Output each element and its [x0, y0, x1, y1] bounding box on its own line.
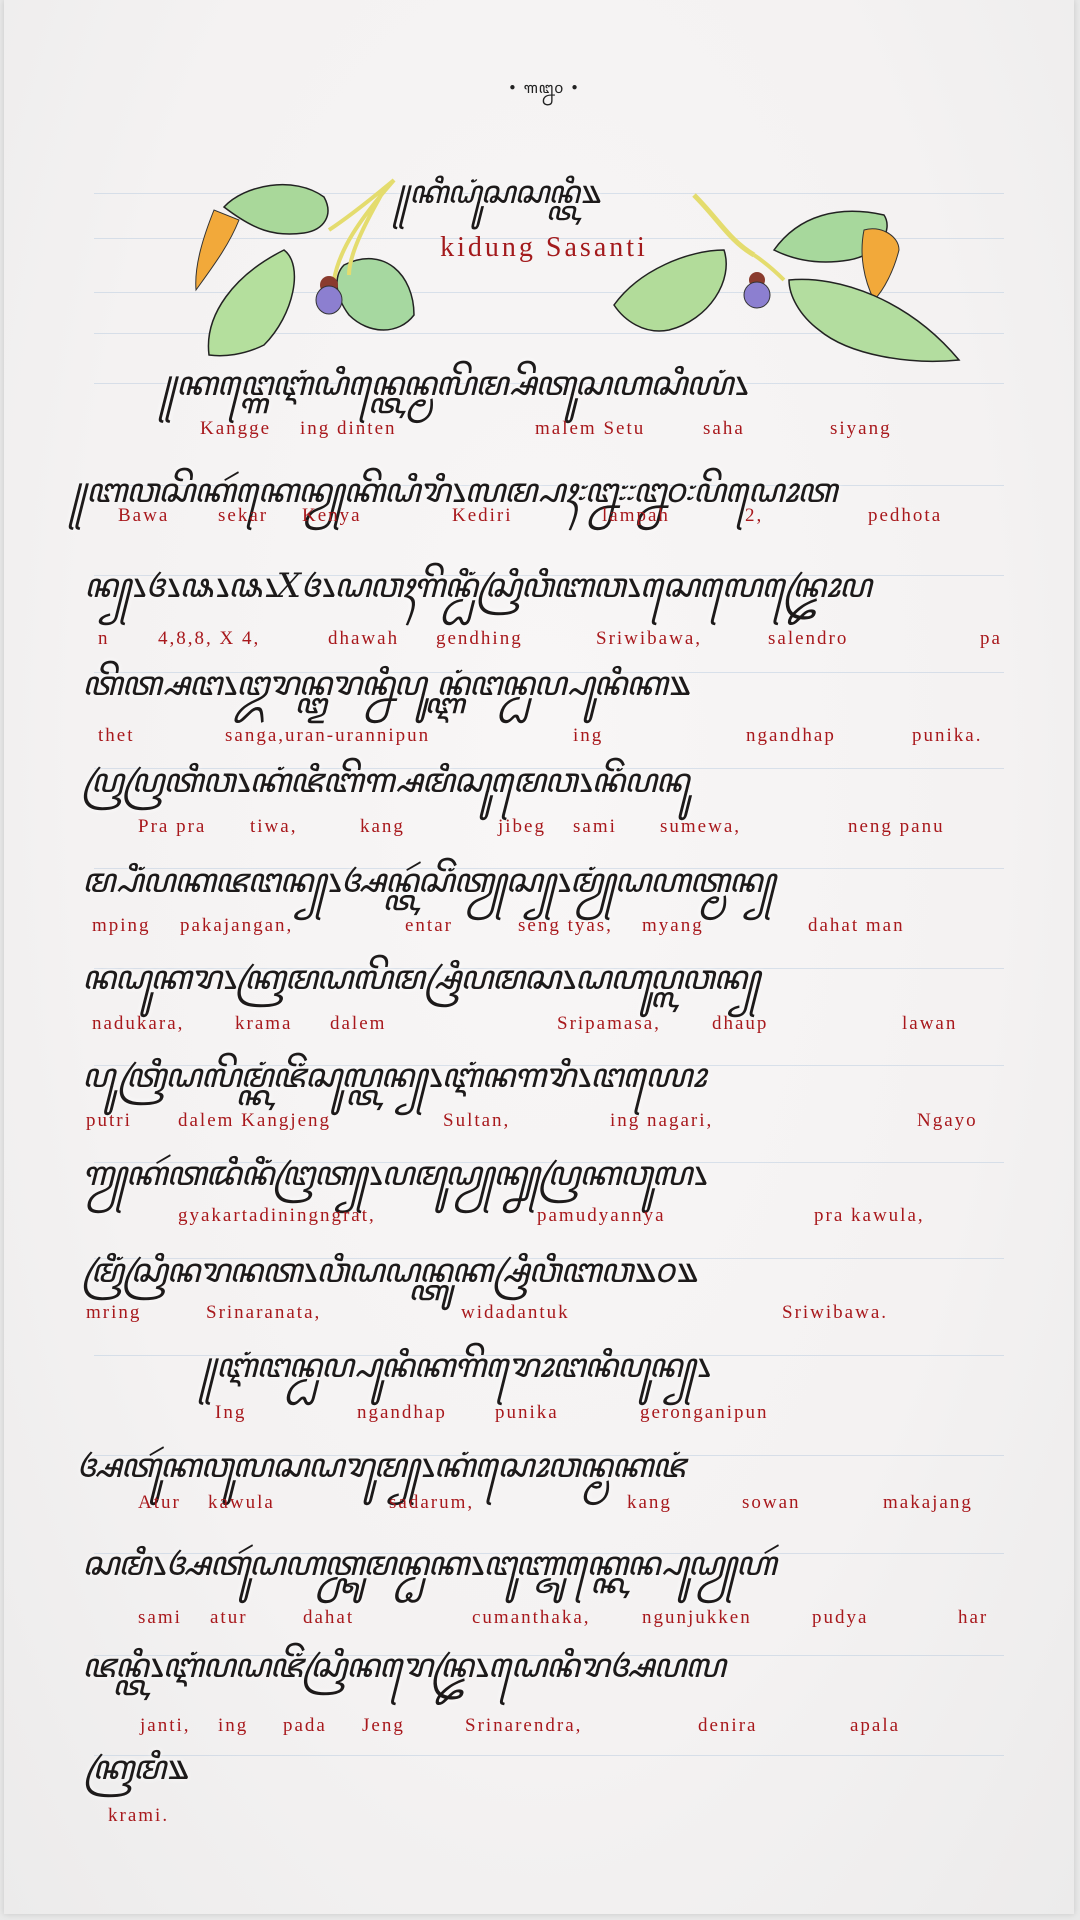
translit-word: sami [138, 1607, 182, 1629]
translit-word: myang [642, 915, 704, 937]
translit-word: krami. [108, 1805, 169, 1827]
translit-word: ing dinten [300, 418, 397, 440]
translit-word: jibeg [498, 816, 546, 838]
translit-word: siyang [830, 418, 892, 440]
translit-word: punika. [912, 725, 982, 747]
translit-word: malem Setu [535, 418, 645, 440]
javanese-line: ꦤꦝꦸꦏꦫ꧈ꦏꦿꦩꦝꦭꦼꦩ꧀ꦱꦿꦶꦥꦩꦱ꧈ꦝꦲꦸꦥ꧀ꦭꦮꦤ꧀ [82, 952, 759, 1021]
translit-word: salendro [768, 628, 848, 650]
translit-word: dhawah [328, 628, 399, 650]
translit-word: kang [360, 816, 405, 838]
translit-word: kawula [208, 1492, 275, 1514]
translit-word: n [98, 628, 110, 650]
translit-word: ing [573, 725, 603, 747]
javanese-line: ꦠꦼꦠ꧀ꦱꦔ꧈ꦈꦫꦤ꧀ꦈꦫꦤ꧀ꦤꦶꦥꦸꦤ꧀ꦆꦁꦔꦤ꧀ꦝꦥ꧀ꦥꦸꦤꦶꦏ꧉ [82, 658, 689, 727]
translit-word: entar [405, 915, 453, 937]
translit-word: pudya [812, 1607, 868, 1629]
javanese-line: ꦤ꧀꧈꧔꧈꧘꧈꧘꧈X꧔꧈ꦝꦮꦃꦒꦼꦤ꧀ꦝꦶꦁꦱꦿꦶꦮꦶꦧꦮ꧈ꦱꦺꦭꦺꦤ꧀ꦢꦿꦺꦴ… [84, 560, 871, 629]
translit-word: tiwa, [250, 816, 297, 838]
translit-word: sanga,uran-urannipun [225, 725, 430, 747]
translit-word: Kangge [200, 418, 271, 440]
javanese-line: ꦱꦩꦶ꧈ꦄꦠꦸꦂꦝꦲꦠ꧀ꦕꦸꦩꦤ꧀ꦛꦏ꧈ꦔꦸꦚ꧀ꦗꦸꦏ꧀ꦏꦺꦤ꧀ꦥꦸꦝꦾꦲꦂ [82, 1538, 775, 1607]
translit-word: Sriwibawa, [596, 628, 702, 650]
page-number: • ꧑꧒꧐ • [474, 76, 614, 107]
translit-word: cumanthaka, [472, 1607, 591, 1629]
javanese-line: ꧋ꦏꦔ꧀ꦒꦺꦆꦁꦝꦶꦤ꧀ꦠꦺꦤ꧀ꦩꦭꦼꦩ꧀ꦱꦼꦠꦸꦱꦲꦱꦶꦪꦁ꧈ [162, 358, 747, 427]
javanese-line: ꦏꦿꦩꦶ꧉ [84, 1742, 187, 1811]
translit-word: dahat [303, 1607, 354, 1629]
translit-word: sowan [742, 1492, 801, 1514]
translit-word: ing nagari, [610, 1110, 713, 1132]
translit-word: lawan [902, 1013, 957, 1035]
translit-word: sumewa, [660, 816, 741, 838]
translit-word: kang [627, 1492, 672, 1514]
translit-word: Sriwibawa. [782, 1302, 888, 1324]
javanese-line: ꦥꦿꦥꦿꦠꦶꦮ꧈ꦏꦁꦗꦶꦧꦼꦒ꧀ꦱꦩꦶꦱꦸꦩꦺꦮ꧈ꦤꦼꦁꦥꦤꦸ [82, 755, 688, 824]
title-javanese: ꧋ꦏꦶꦝꦸꦁꦱꦱꦤ꧀ꦠꦶ꧉ [396, 168, 600, 233]
translit-word: pada [283, 1715, 327, 1737]
translit-word: geronganipun [640, 1402, 768, 1424]
translit-word: ing [218, 1715, 248, 1737]
translit-word: Srinaranata, [206, 1302, 321, 1324]
translit-word: pa [980, 628, 1002, 650]
leaf-flower-ornament-right-icon [609, 180, 969, 370]
translit-word: pamudyannya [537, 1205, 666, 1227]
translit-word: sadarum, [389, 1492, 474, 1514]
title-latin: kidung Sasanti [384, 232, 704, 264]
translit-word: sekar [218, 505, 268, 527]
translit-word: makajang [883, 1492, 973, 1514]
translit-word: Srinarendra, [465, 1715, 582, 1737]
translit-word: lampah [602, 505, 670, 527]
translit-word: dalem [330, 1013, 386, 1035]
manuscript-page: • ꧑꧒꧐ • ꧋ꦏꦶꦝꦸꦁꦱꦱꦤ꧀ꦠꦶ꧉ kidung Sasanti ꧋ꦏꦔ… [4, 0, 1074, 1914]
translit-word: 2, [745, 505, 763, 527]
translit-word: pakajangan, [180, 915, 293, 937]
translit-word: mping [92, 915, 151, 937]
translit-word: Ngayo [917, 1110, 978, 1132]
javanese-line: ꦩ꧀ꦥꦶꦁꦥꦏꦗꦔꦤ꧀꧈ꦄꦤ꧀ꦠꦂꦱꦼꦁꦠꦾꦱ꧀꧈ꦩꦾꦁꦝꦲꦠ꧀ꦩꦤ꧀ [82, 855, 775, 924]
translit-word: dalem Kangjeng [178, 1110, 331, 1132]
translit-word: har [958, 1607, 988, 1629]
translit-word: punika [495, 1402, 559, 1424]
translit-word: atur [210, 1607, 248, 1629]
javanese-line: ꦗꦤ꧀ꦠꦶ꧈ꦆꦁꦥꦝꦗꦼꦁꦱꦿꦶꦤꦫꦺꦤ꧀ꦢꦿ꧈ꦝꦺꦤꦶꦫꦄꦥꦭ [82, 1640, 724, 1709]
translit-word: Ing [215, 1402, 246, 1424]
translit-word: gendhing [436, 628, 523, 650]
ruled-line [94, 1755, 1004, 1756]
translit-word: dhaup [712, 1013, 768, 1035]
translit-word: Jeng [362, 1715, 405, 1737]
translit-word: 4,8,8, X 4, [158, 628, 260, 650]
translit-word: thet [98, 725, 135, 747]
translit-word: ngunjukken [642, 1607, 752, 1629]
translit-word: saha [703, 418, 745, 440]
translit-word: Sultan, [443, 1110, 510, 1132]
translit-word: dahat man [808, 915, 905, 937]
translit-word: Kediri [452, 505, 513, 527]
translit-word: nadukara, [92, 1013, 184, 1035]
translit-word: Sripamasa, [557, 1013, 661, 1035]
translit-word: Pra pra [138, 816, 206, 838]
translit-word: putri [86, 1110, 132, 1132]
translit-word: Kenya [302, 505, 362, 527]
translit-word: sami [573, 816, 617, 838]
translit-word: widadantuk [461, 1302, 570, 1324]
javanese-line: ꦩꦿꦶꦁꦱꦿꦶꦤꦫꦤꦠ꧈ꦮꦶꦝꦝꦤ꧀ꦠꦸꦏ꧀ꦱꦿꦶꦮꦶꦧꦮ꧉꧐꧉ [82, 1245, 696, 1314]
translit-word: janti, [140, 1715, 191, 1737]
leaf-flower-ornament-left-icon [184, 175, 424, 365]
javanese-line: ꧋ꦆꦁꦔꦤ꧀ꦝꦥ꧀ꦥꦸꦤꦶꦏꦒꦼꦫꦺꦴꦔꦤꦶꦥꦸꦤ꧀꧈ [202, 1340, 709, 1409]
translit-word: ngandhap [357, 1402, 447, 1424]
javanese-line: ꦥꦸꦠꦿꦶꦝꦭꦼꦩ꧀ꦏꦁꦗꦼꦁꦱꦸꦭ꧀ꦠꦤ꧀꧈ꦆꦁꦤꦒꦫꦶ꧈ꦔꦪꦺꦴ [82, 1050, 705, 1119]
translit-word: seng tyas, [518, 915, 613, 937]
translit-word: pra kawula, [814, 1205, 925, 1227]
translit-word: pedhota [868, 505, 942, 527]
translit-word: krama [235, 1013, 292, 1035]
translit-word: apala [850, 1715, 900, 1737]
translit-word: mring [86, 1302, 141, 1324]
translit-word: denira [698, 1715, 757, 1737]
translit-word: neng panu [848, 816, 945, 838]
translit-word: gyakartadiningngrat, [178, 1205, 376, 1227]
translit-word: ngandhap [746, 725, 836, 747]
translit-word: Bawa [118, 505, 169, 527]
translit-word: Atur [138, 1492, 181, 1514]
